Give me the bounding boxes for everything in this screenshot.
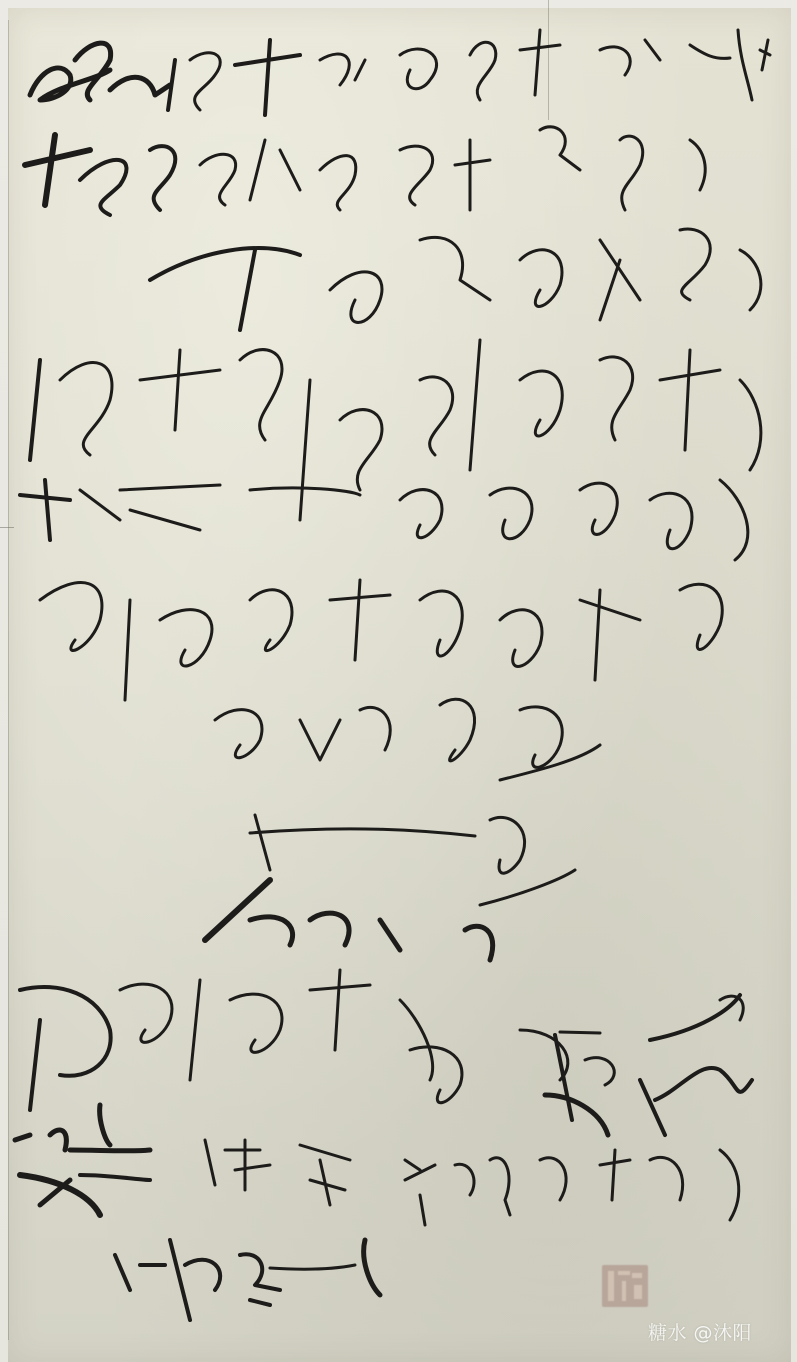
artist-seal xyxy=(602,1265,648,1307)
calligraphy-ink-strokes xyxy=(0,0,797,1362)
watermark: 糖水 @沐阳 xyxy=(648,1318,752,1345)
